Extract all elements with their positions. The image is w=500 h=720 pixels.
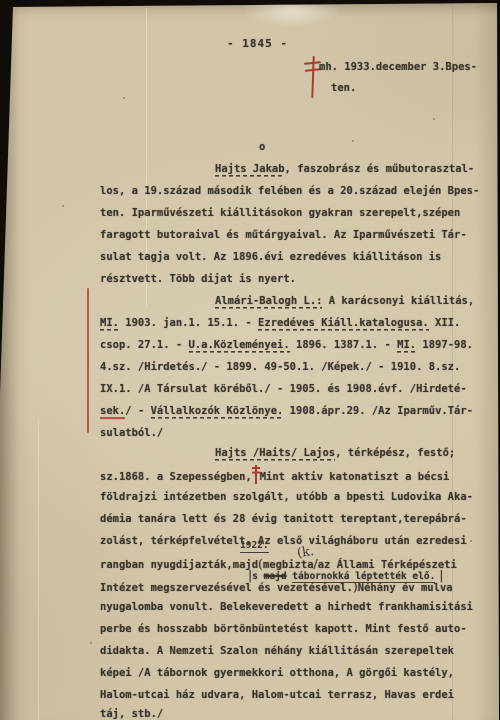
hajts-jakab-bibliography-line: IX.1. /A Társulat köréből./ - 1905. és 1… [100, 383, 467, 396]
text-segment: 1896. 1387.1. - [290, 339, 397, 351]
text-segment: 1908.ápr.29. /Az Iparműv.Tár- [283, 405, 473, 417]
paper-speck [62, 205, 64, 207]
hajts-lajos-entry-line: Intézet megszervezésével és vezetésével.… [100, 580, 453, 595]
text-segment: nyugalomba vonult. Belekeveredett a hirh… [100, 601, 473, 613]
text-segment: Almári-Balogh L.: [215, 295, 322, 309]
hajts-jakab-entry-line: Hajts Jakab, faszobrász és műbutorasztal… [215, 163, 474, 176]
hajts-jakab-entry-line: los, a 19.század második felében és a 20… [100, 185, 479, 198]
hajts-lajos-entry-line: perbe és hosszabb börtönbüntetést kapott… [100, 623, 467, 636]
paper-speck [433, 118, 435, 120]
text-segment: , faszobrász és műbutorasztal- [285, 163, 475, 175]
hajts-jakab-bibliography-line: Almári-Balogh L.: A karácsonyi kiállitás… [215, 295, 474, 308]
hajts-jakab-bibliography-line: MI. 1903. jan.1. 15.1. - Ezredéves Kiáll… [100, 317, 460, 330]
text-segment: U.a.Közleményei. [189, 339, 290, 353]
text-segment: / - [125, 405, 150, 417]
hajts-jakab-entry-line: sulat tagja volt. Az 1896.évi ezredéves … [100, 251, 441, 264]
text-segment: Hajts Jakab [215, 163, 285, 177]
text-segment: Mint aktiv katonatiszt a bécsi [260, 471, 450, 483]
hajts-jakab-entry-line: résztvett. Több dijat is nyert. [100, 273, 296, 286]
death-date-line-1: mh. 1933.december 3.Bpes- [319, 61, 477, 74]
hajts-jakab-bibliography-line: csop. 27.1. - U.a.Közleményei. 1896. 138… [100, 339, 473, 352]
text-segment: MI. [397, 339, 416, 353]
text-segment: sulatból./ [100, 427, 163, 439]
text-segment: képei /A tábornok gyermekkori otthona, A… [100, 667, 454, 679]
hajts-jakab-entry-line: ten. Iparművészeti kiállitásokon gyakran… [100, 207, 460, 220]
text-segment: los, a 19.század második felében és a 20… [100, 185, 479, 197]
text-segment: Hajts /Haits/ Lajos [215, 447, 335, 461]
hajts-jakab-bibliography-line: 4.sz. /Hirdetés./ - 1899. 49-50.1. /Képe… [100, 361, 460, 374]
text-segment: Néhány év mulva [358, 582, 453, 594]
paper-speck [90, 642, 92, 644]
text-segment: sz.1868. a Szepességben, [100, 471, 252, 483]
hajts-lajos-entry-line: Halom-utcai ház udvara, Halom-utcai terr… [100, 689, 454, 702]
text-segment: démia tanára lett és 28 évig tanitott te… [100, 513, 467, 525]
paper-speck [470, 540, 472, 542]
hajts-lajos-entry-line: zolást, térképfelvételt. Az első világhá… [100, 535, 467, 548]
text-segment: sulat tagja volt. Az 1896.évi ezredéves … [100, 251, 441, 263]
text-segment: táj, stb./ [100, 708, 163, 720]
text-segment: 4.sz. /Hirdetés./ - 1899. 49-50.1. /Képe… [100, 361, 460, 373]
hajts-lajos-entry-line: táj, stb./ [100, 708, 163, 720]
handwritten-letter-insertion: (k. [296, 544, 315, 561]
text-segment: Ezredéves Kiáll.katalogusa. [258, 317, 429, 331]
hajts-lajos-entry-line: didakta. A Nemzeti Szalon néhány kiállit… [100, 645, 454, 658]
paper-sheet: - 1845 - mh. 1933.december 3.Bpes- ten. … [0, 0, 500, 720]
page-number: - 1845 - [227, 37, 288, 50]
text-segment: csop. 27.1. - [100, 339, 189, 351]
red-margin-line [87, 288, 89, 433]
paper-speck [352, 140, 354, 142]
text-segment: Vállalkozók Közlönye. [151, 405, 284, 419]
hajts-jakab-entry-line: faragott butoraival és műtárgyaival. Az … [100, 229, 467, 242]
inserted-year-correction: 1922. [240, 540, 269, 553]
text-segment: földrajzi intézetben szolgált, utóbb a b… [100, 491, 473, 503]
paper-crease [38, 420, 39, 720]
text-segment: IX.1. /A Társulat köréből./ - 1905. és 1… [100, 383, 467, 395]
stray-typed-mark: o [259, 141, 265, 154]
text-segment: A karácsonyi kiállitás, [322, 295, 474, 307]
text-segment: perbe és hosszabb börtönbüntetést kapott… [100, 623, 467, 635]
text-segment: Intézet megszervezésével és vezetésével. [100, 582, 353, 594]
hajts-lajos-entry-line: nyugalomba vonult. Belekeveredett a hirh… [100, 601, 473, 614]
red-insertion-mark-icon [252, 469, 260, 482]
hajts-lajos-entry-line: földrajzi intézetben szolgált, utóbb a b… [100, 491, 473, 504]
text-segment: Halom-utcai ház udvara, Halom-utcai terr… [100, 689, 454, 701]
text-segment: faragott butoraival és műtárgyaival. Az … [100, 229, 467, 241]
text-segment: XII. [429, 317, 461, 329]
scanned-document-screen: - 1845 - mh. 1933.december 3.Bpes- ten. … [0, 0, 500, 720]
text-segment: ten. Iparművészeti kiállitásokon gyakran… [100, 207, 460, 219]
hajts-jakab-bibliography-line: sek./ - Vállalkozók Közlönye. 1908.ápr.2… [100, 405, 473, 418]
text-segment: sek. [100, 405, 125, 417]
hajts-jakab-bibliography-line: sulatból./ [100, 427, 163, 440]
hajts-lajos-entry-line: képei /A tábornok gyermekkori otthona, A… [100, 667, 454, 680]
text-segment: didakta. A Nemzeti Szalon néhány kiállit… [100, 645, 454, 657]
text-segment: rangban nyugdijazták,majd [100, 559, 258, 571]
text-segment: 1903. jan.1. 15.1. - [119, 317, 258, 329]
text-segment: 1897-98. [416, 339, 473, 351]
hajts-lajos-entry-line: démia tanára lett és 28 évig tanitott te… [100, 513, 467, 526]
hajts-lajos-entry-line: Hajts /Haits/ Lajos, térképész, festő; [215, 447, 455, 460]
text-segment: , térképész, festő; [335, 447, 455, 459]
hajts-lajos-entry-line: sz.1868. a Szepességben,Mint aktiv katon… [100, 469, 449, 484]
paper-speck [123, 97, 125, 99]
text-segment: MI. [100, 317, 119, 331]
death-date-line-2: ten. [331, 82, 356, 95]
text-segment: zolást, térképfelvételt. Az első világhá… [100, 535, 467, 547]
text-segment: résztvett. Több dijat is nyert. [100, 273, 296, 285]
